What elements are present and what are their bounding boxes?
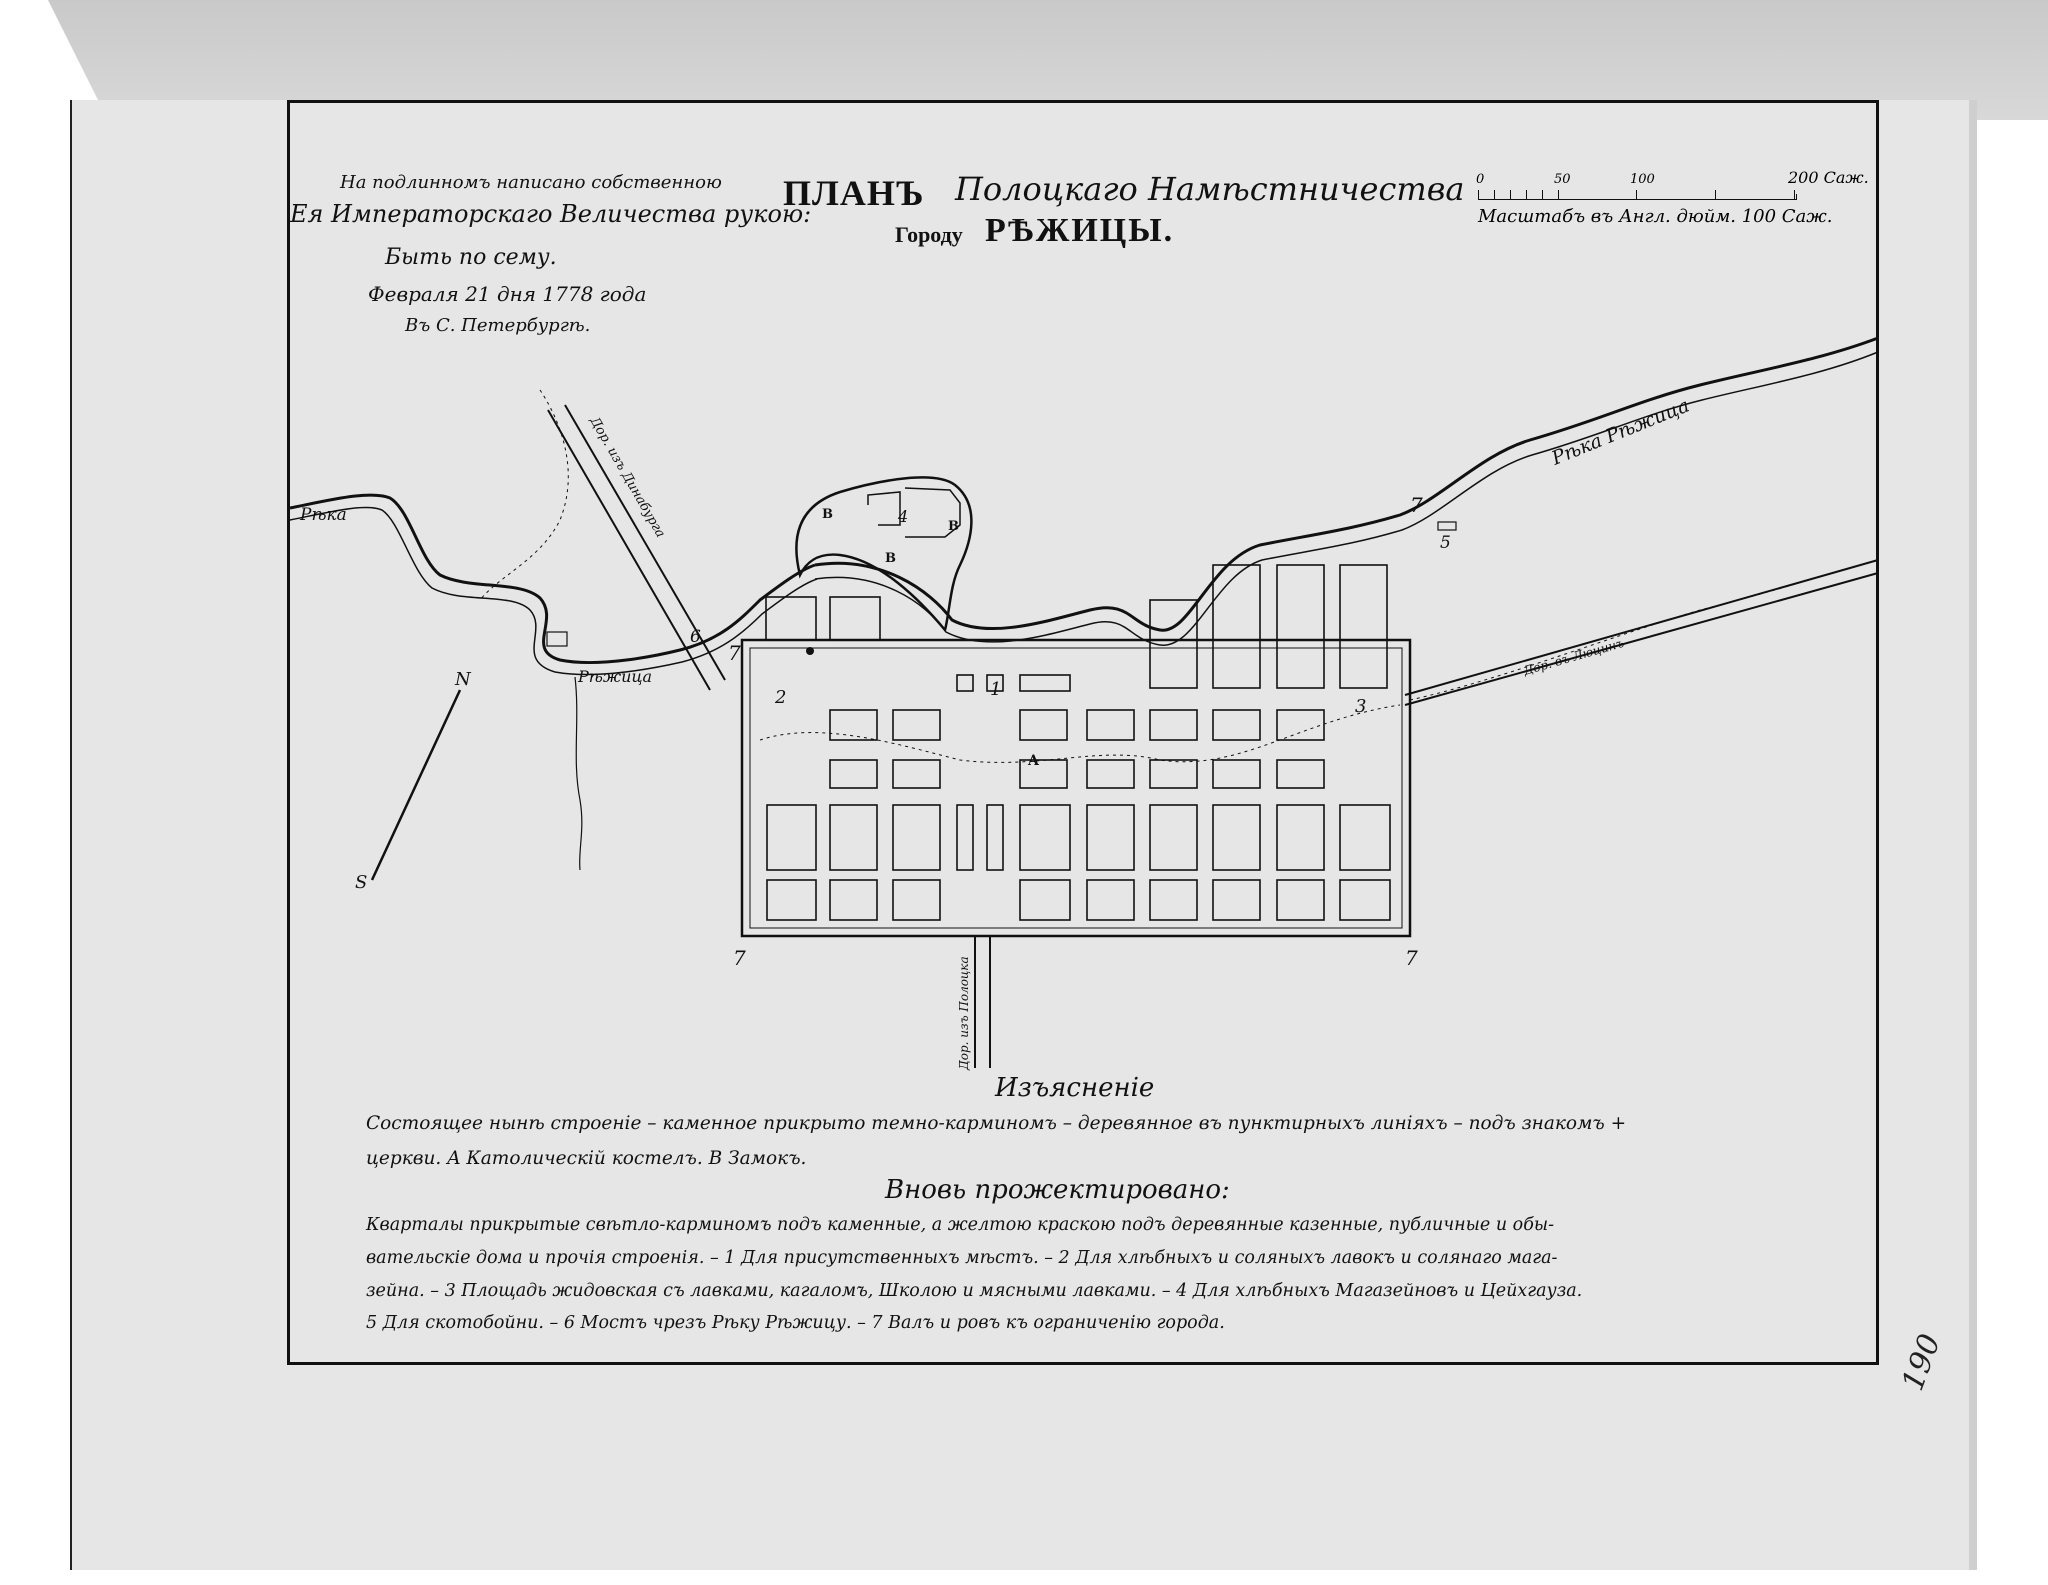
label-river-east: Рѣка Рѣжица (1548, 394, 1693, 470)
legend-projected-line-3: зейна. – 3 Площадь жидовская съ лавками,… (366, 1281, 1582, 1301)
road-north-edge-b (565, 405, 725, 680)
castle-island (796, 477, 971, 630)
castle-walls (868, 488, 960, 537)
marker-5: 5 (1440, 533, 1451, 553)
compass-north-mark: N (454, 669, 472, 690)
city-map: Рѣка Рѣжица Рѣка Рѣжица Дор. изъ Динабур… (0, 0, 2048, 1585)
existing-building-dot (806, 647, 814, 655)
compass-south-mark: S (355, 872, 367, 893)
legend-heading-existing: Изъясненіе (995, 1073, 1154, 1103)
label-road-north: Дор. изъ Динабурга (586, 414, 668, 541)
stream (575, 677, 582, 870)
label-rezhitsa-ditch: Рѣжица (577, 667, 652, 686)
legend-projected-line-2: вательскіе дома и прочія строенія. – 1 Д… (366, 1248, 1557, 1268)
castle-mark-b: B (885, 551, 896, 566)
compass-needle (372, 690, 460, 880)
legend-existing-line-2: церкви. A Католическій костелъ. B Замокъ… (366, 1148, 806, 1169)
city-blocks (766, 565, 1390, 920)
marker-4: 4 (897, 507, 908, 526)
river-rezhitsa-bank-south (815, 352, 1878, 645)
marker-7: 7 (1410, 493, 1423, 517)
marker-6: 6 (690, 627, 701, 647)
slaughterhouse-building (1438, 522, 1456, 530)
river-rezhitsa-bank-north (815, 338, 1878, 630)
dotted-path (760, 705, 1400, 762)
marker-1: 1 (990, 679, 1001, 700)
church-mark-a: A (1027, 753, 1040, 769)
marker-3: 3 (1355, 696, 1366, 717)
road-north-edge-a (548, 410, 710, 690)
road-east-edge-b (1405, 573, 1878, 705)
marker-2: 2 (774, 687, 786, 708)
label-river-west: Рѣка (299, 505, 347, 525)
legend-projected-line-4: 5 Для скотобойни. – 6 Мостъ чрезъ Рѣку Р… (366, 1313, 1225, 1333)
castle-mark-b: B (822, 507, 833, 522)
bridge (547, 632, 567, 646)
label-road-south: Дор. изъ Полоцка (957, 956, 971, 1071)
legend-heading-projected: Вновь прожектировано: (885, 1175, 1230, 1205)
marker-7: 7 (728, 641, 741, 665)
legend-projected-line-1: Кварталы прикрытые свѣтло-карминомъ подъ… (366, 1215, 1554, 1235)
legend-existing-line-1: Состоящее нынѣ строеніе – каменное прикр… (366, 1113, 1626, 1134)
marker-7: 7 (733, 946, 746, 970)
marker-7: 7 (1405, 946, 1418, 970)
